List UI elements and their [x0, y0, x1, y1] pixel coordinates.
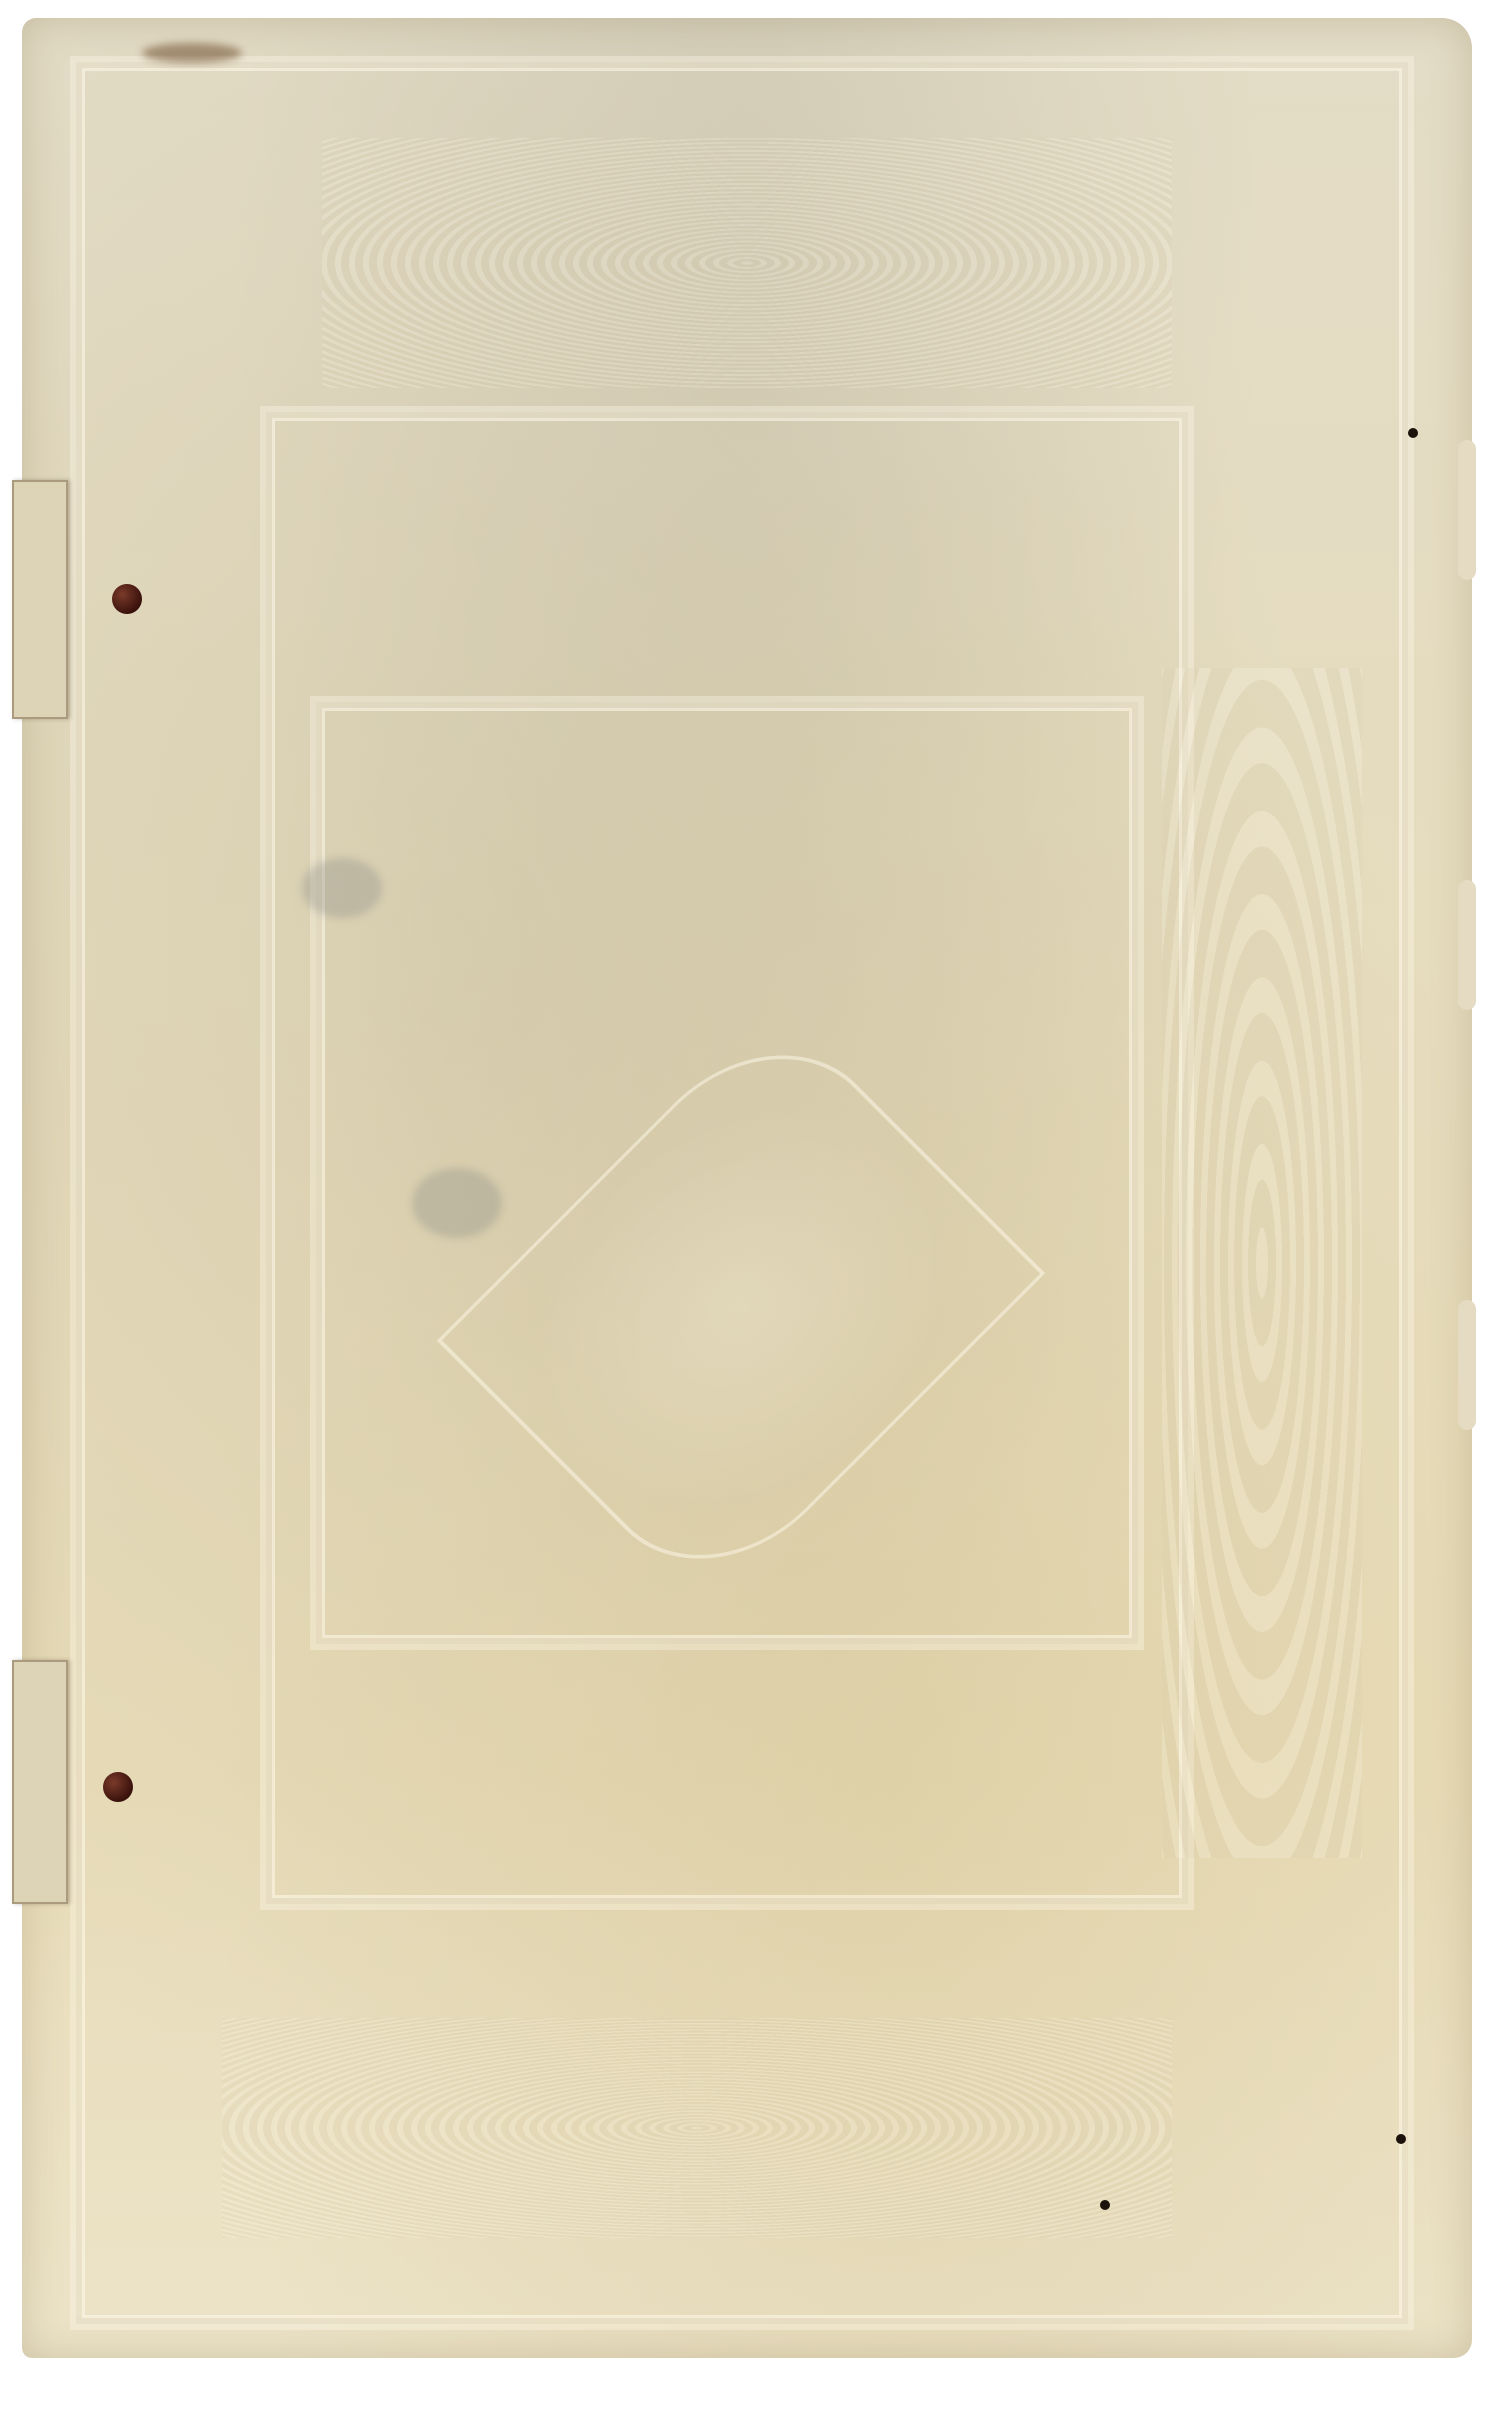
- wormhole: [1408, 428, 1418, 438]
- spine-band: [1458, 880, 1476, 1010]
- spine-band: [1458, 1300, 1476, 1430]
- book-cover: [22, 18, 1472, 2358]
- edge-wear: [142, 43, 242, 63]
- right-ornament-band: [1162, 668, 1362, 1858]
- stain: [412, 1168, 502, 1238]
- bottom-clasp-strap: [12, 1660, 68, 1904]
- top-clasp-strap: [12, 480, 68, 719]
- bottom-ornament-band: [222, 2018, 1172, 2238]
- stain: [302, 858, 382, 918]
- wormhole: [1100, 2200, 1110, 2210]
- wormhole: [1396, 2134, 1406, 2144]
- spine-band: [1458, 440, 1476, 580]
- nail-head-icon: [112, 584, 142, 614]
- top-ornament-band: [322, 138, 1172, 388]
- nail-head-icon: [103, 1772, 133, 1802]
